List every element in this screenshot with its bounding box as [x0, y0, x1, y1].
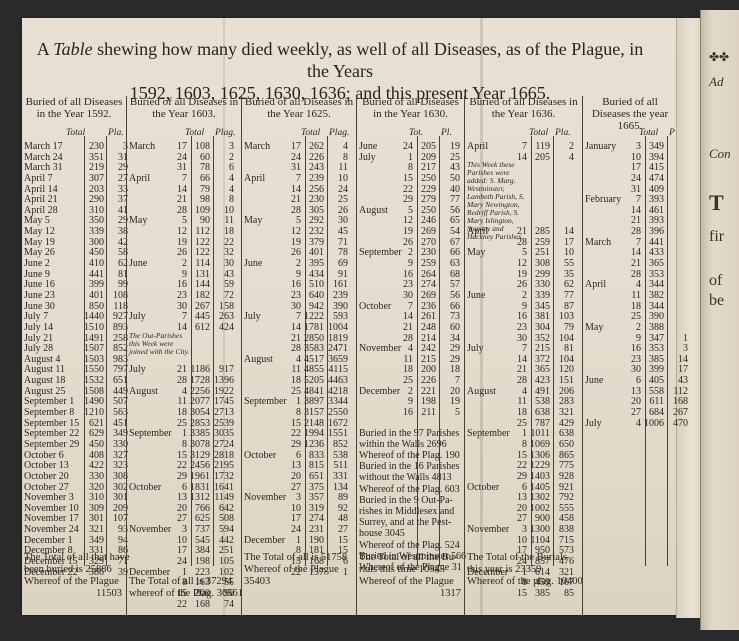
row-total: 66 — [200, 174, 210, 185]
row-month: March — [585, 238, 611, 249]
footer-line: whereof of the Plag. 30561 — [129, 588, 243, 600]
table-row: July41006470 — [583, 419, 677, 430]
data-rows: January334910394174152447431409February7… — [583, 142, 677, 429]
row-plague: 2724 — [214, 440, 234, 451]
row-month: August — [244, 355, 273, 366]
row-month: April — [244, 174, 265, 185]
row-month: December — [359, 387, 400, 398]
row-month: October — [467, 483, 499, 494]
table-row: May2388 — [583, 323, 677, 334]
footer-line: The Total of the Burials — [467, 552, 583, 564]
row-date: September 29 — [24, 440, 79, 451]
adjacent-page: ✤✤ Ad Con T fir of be — [700, 10, 739, 630]
adjacent-text: Con — [709, 146, 731, 162]
row-plague: 928 — [559, 472, 574, 483]
table-row: June 23401108 — [22, 291, 126, 302]
row-plague: 331 — [333, 472, 348, 483]
footer-line: The Total of all the Bu- — [359, 552, 461, 564]
column-heading: Buried of all Diseases in the Year 1636. — [465, 96, 582, 122]
data-rows: March1710832460231786April76641479421988… — [127, 142, 241, 610]
table-row: 2124860 — [357, 323, 464, 334]
footer-line: Whereof of the Plague — [24, 576, 130, 588]
row-month: December — [244, 536, 285, 547]
column-heading: Buried of all Diseases in the Year 1592. — [22, 96, 126, 122]
row-month: June — [585, 376, 603, 387]
row-date: April 7 — [24, 174, 53, 185]
row-day: 7 — [182, 174, 187, 185]
column-subheader: TotalPla. — [465, 128, 582, 142]
row-month: July — [585, 419, 602, 430]
page-title: A Table shewing how many died weekly, as… — [30, 38, 650, 104]
footer-line: rials this time 10545 — [359, 564, 461, 576]
row-month: February — [585, 195, 621, 206]
table-row: 24474 — [583, 174, 677, 185]
row-total: 1781 — [304, 323, 324, 334]
year-column: Buried of all Diseases in the Year 1603.… — [126, 96, 241, 616]
column-subheader: TotalPlag. — [127, 128, 241, 142]
data-rows: March1726242422683124311April72391014256… — [242, 142, 356, 578]
row-total: 1961 — [190, 472, 210, 483]
row-month: August — [129, 387, 158, 398]
row-day: 29 — [291, 440, 301, 451]
row-month: July — [129, 365, 146, 376]
row-total: 168 — [195, 600, 210, 611]
summary-line: within the Walls 2696 — [359, 439, 466, 450]
total-header: Total — [301, 128, 320, 138]
table-row: 1417811004 — [242, 323, 356, 334]
row-month: September — [244, 397, 287, 408]
summary-line: Whereof of the Plag. 603 — [359, 484, 466, 495]
footer-line: 11503 — [24, 588, 122, 600]
adjacent-text: of — [709, 272, 722, 290]
table-row: 2919611732 — [127, 472, 241, 483]
column-total-footer: The Total of all that havebeen buried is… — [24, 552, 130, 600]
row-month: June — [129, 259, 147, 270]
summary-line: Surrey, and at the Pest- — [359, 517, 466, 528]
row-plague: 85 — [564, 589, 574, 600]
row-plague: 5 — [455, 408, 460, 419]
footer-line: Whereof of the Plague — [359, 576, 461, 588]
row-month: April — [467, 142, 488, 153]
row-month: November — [129, 525, 171, 536]
adjacent-text: T — [709, 190, 724, 216]
title-italic-word: Table — [53, 39, 92, 59]
year-column: Buried of all Diseases the year 1665.Tot… — [582, 96, 677, 616]
row-total: 651 — [309, 472, 324, 483]
row-plague: 60 — [450, 323, 460, 334]
adjacent-text: Ad — [709, 74, 723, 90]
row-plague: 74 — [224, 600, 234, 611]
table-row: July 141510893 — [22, 323, 126, 334]
column-total-footer: The Total of all is 51758Whereof of the … — [244, 552, 347, 588]
table-row: 2318272 — [127, 291, 241, 302]
row-total: 474 — [649, 174, 664, 185]
table-row: 23640239 — [242, 291, 356, 302]
column-total-footer: The Total of the Burialsthis year is 233… — [467, 552, 583, 588]
table-row: 291403928 — [465, 472, 582, 483]
row-month: July — [129, 312, 146, 323]
summary-line: without the Walls 4813 — [359, 472, 466, 483]
row-month: October — [129, 483, 161, 494]
row-plague: 79 — [564, 323, 574, 334]
row-day: 7 — [296, 174, 301, 185]
footer-line: Whereof of the Plague — [244, 564, 347, 576]
row-total: 248 — [421, 323, 436, 334]
footer-line: The Total of all is 51758 — [244, 552, 347, 564]
column-total-footer: The Total of all the Bu-rials this time … — [359, 552, 461, 600]
table-row: 830782724 — [127, 440, 241, 451]
row-month: June — [467, 291, 485, 302]
adjacent-text: be — [709, 292, 724, 310]
footer-line: The Total of all is 37294 — [129, 576, 243, 588]
row-plague: 1732 — [214, 472, 234, 483]
column-note: The Out-Parishes this Week were joined w… — [129, 332, 193, 356]
row-month: September — [467, 429, 510, 440]
footer-line: 35403 — [244, 576, 347, 588]
table-row: April7664 — [127, 174, 241, 185]
row-month: January — [585, 142, 616, 153]
row-day: 20 — [291, 472, 301, 483]
row-total: 250 — [421, 174, 436, 185]
row-month: November — [467, 525, 509, 536]
column-subheader: TotalPla. — [22, 128, 126, 142]
row-month: October — [359, 302, 391, 313]
year-column: Buried of all Diseases in the Year 1630.… — [356, 96, 464, 616]
table-row: 81069650 — [465, 440, 582, 451]
adjacent-text: fir — [709, 228, 724, 246]
row-month: October — [244, 451, 276, 462]
summary-line: Whereof of the Plag. 524 — [359, 540, 466, 551]
table-row: 20651331 — [242, 472, 356, 483]
row-total: 304 — [535, 323, 550, 334]
row-month: November — [244, 493, 286, 504]
plague-header: Pla. — [108, 128, 124, 138]
table-row: October 20330308 — [22, 472, 126, 483]
row-date: October 20 — [24, 472, 69, 483]
row-day: 2 — [636, 323, 641, 334]
column-subheader: Tot.Pl. — [357, 128, 464, 142]
row-month: May — [129, 216, 147, 227]
footer-line: this year is 23359 — [467, 564, 583, 576]
table-row: 3026956 — [357, 291, 464, 302]
row-day: 14 — [291, 323, 301, 334]
footer-line: The Total of all that have — [24, 552, 130, 564]
total-header: Total — [639, 128, 658, 138]
row-total: 205 — [535, 153, 550, 164]
row-day: 24 — [631, 174, 641, 185]
row-day: 21 — [403, 323, 413, 334]
row-plague: 4 — [569, 153, 574, 164]
year-column: Buried of all Diseases in the Year 1592.… — [22, 96, 126, 616]
column-note: This Week these Parishes were added: S. … — [467, 161, 531, 241]
row-day: 15 — [517, 589, 527, 600]
row-plague: 852 — [333, 440, 348, 451]
row-month: May — [585, 323, 603, 334]
row-day: 15 — [403, 174, 413, 185]
row-day: 22 — [177, 600, 187, 611]
row-total: 330 — [89, 472, 104, 483]
row-month: April — [585, 280, 606, 291]
row-total: 450 — [89, 440, 104, 451]
row-month: March — [244, 142, 270, 153]
column-heading: Buried of all Diseases the year 1665. — [583, 96, 677, 122]
row-plague: 10 — [338, 174, 348, 185]
column-heading: Buried of all Diseases in the Year 1603. — [127, 96, 241, 122]
row-total: 388 — [649, 323, 664, 334]
column-total-footer: The Total of all is 37294whereof of the … — [129, 576, 243, 600]
column-heading: Buried of all Diseases in the Year 1630. — [357, 96, 464, 122]
year-column: Buried of all Diseases in the Year 1636.… — [464, 96, 582, 616]
column-heading: Buried of all Diseases in the Year 1625. — [242, 96, 356, 122]
plague-header: P — [669, 128, 675, 138]
table-row: 162115 — [357, 408, 464, 419]
footer-line: Whereof of the plag. 10400 — [467, 576, 583, 588]
table-row: 291236852 — [242, 440, 356, 451]
row-day: 16 — [403, 408, 413, 419]
row-day: 8 — [522, 440, 527, 451]
data-rows: March 172303March 2435131March 3121929Ap… — [22, 142, 126, 578]
summary-line: rishes in Middlesex and — [359, 506, 466, 517]
row-day: 8 — [182, 440, 187, 451]
summary-line: house 3045 — [359, 528, 466, 539]
row-total: 239 — [309, 174, 324, 185]
plague-header: Plag. — [215, 128, 235, 138]
table-row: 11382 — [583, 291, 677, 302]
column-subheader: TotalPlag. — [242, 128, 356, 142]
row-total: 307 — [89, 174, 104, 185]
row-month: July — [244, 312, 261, 323]
row-total: 211 — [421, 408, 436, 419]
total-header: Total — [185, 128, 204, 138]
row-month: April — [129, 174, 150, 185]
row-date: July 14 — [24, 323, 53, 334]
row-month: May — [244, 216, 262, 227]
row-month: September — [359, 248, 402, 259]
row-month: July — [359, 153, 376, 164]
row-plague: 470 — [673, 419, 688, 430]
ornament-fleuron-icon: ✤✤ — [709, 50, 729, 65]
row-day: 4 — [636, 419, 641, 430]
row-month: June — [244, 259, 262, 270]
row-month: August — [359, 206, 388, 217]
data-rows: June2420519July1209258217431525050222294… — [357, 142, 464, 419]
row-month: May — [467, 248, 485, 259]
summary-line: Buried in the 9 Out-Pa- — [359, 495, 466, 506]
table-row: April 730727 — [22, 174, 126, 185]
total-header: Total — [66, 128, 85, 138]
row-plague: 4 — [229, 174, 234, 185]
year-column: Buried of all Diseases in the Year 1625.… — [241, 96, 356, 616]
table-row: 1525050 — [357, 174, 464, 185]
table-row: 1538585 — [465, 589, 582, 600]
row-total: 1510 — [84, 323, 104, 334]
footer-line: 1317 — [359, 588, 461, 600]
row-total: 3078 — [190, 440, 210, 451]
row-total: 385 — [535, 589, 550, 600]
row-month: August — [467, 387, 496, 398]
summary-line: Buried in the 97 Parishes — [359, 428, 466, 439]
table-row: April723910 — [242, 174, 356, 185]
table-row: June233977 — [465, 291, 582, 302]
row-plague: 650 — [559, 440, 574, 451]
table-row: 2330479 — [465, 323, 582, 334]
row-total: 1069 — [530, 440, 550, 451]
table-row: 2216874 — [127, 600, 241, 611]
column-subheader: TotalP — [583, 128, 677, 142]
row-total: 612 — [195, 323, 210, 334]
row-total: 1236 — [304, 440, 324, 451]
row-month: March — [129, 142, 155, 153]
row-total: 1006 — [644, 419, 664, 430]
summary-line: Buried in the 16 Parishes — [359, 461, 466, 472]
plague-header: Pla. — [555, 128, 571, 138]
row-plague: 424 — [219, 323, 234, 334]
row-day: 23 — [517, 323, 527, 334]
row-month: November — [359, 344, 401, 355]
row-month: September — [129, 429, 172, 440]
row-plague: 1004 — [328, 323, 348, 334]
summary-line: Whereof of the Plag. 190 — [359, 450, 466, 461]
row-day: 29 — [517, 472, 527, 483]
plague-header: Pl. — [441, 128, 452, 138]
row-day: 29 — [177, 472, 187, 483]
row-plague: 50 — [450, 174, 460, 185]
row-total: 1403 — [530, 472, 550, 483]
table-row: September 29450330 — [22, 440, 126, 451]
row-month: July — [467, 344, 484, 355]
plague-header: Plag. — [329, 128, 349, 138]
footer-line: been buried is 25886 — [24, 564, 130, 576]
